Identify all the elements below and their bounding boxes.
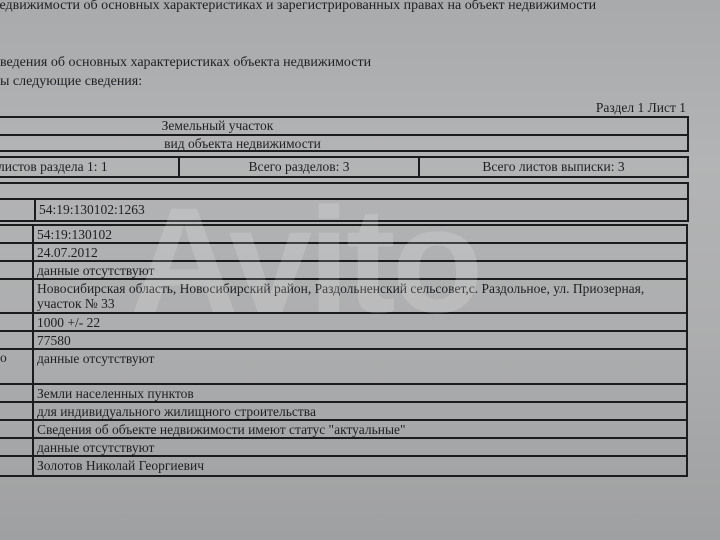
row-label [0,385,34,401]
cadastral-number-row: 54:19:130102:1263 [0,200,687,220]
cadastral-number-box: 54:19:130102:1263 [0,182,689,222]
row-label [0,314,34,330]
cadastral-number-label [0,200,36,220]
table-row: данные отсутствуют [0,262,686,280]
permitted-use: для индивидуального жилищного строительс… [34,403,686,419]
land-category: Земли населенных пунктов [34,385,686,401]
table-row: Сведения об объекте недвижимости имеют с… [0,421,686,439]
table-row: 54:19:130102 [0,226,686,244]
row-label: о [0,350,34,383]
row-label [0,439,34,455]
object-type-box: Земельный участок вид объекта недвижимос… [0,116,689,152]
table-row: 77580 [0,332,686,350]
table-row: для индивидуального жилищного строительс… [0,403,686,421]
table-row: 1000 +/- 22 [0,314,686,332]
cadastral-value: 77580 [34,332,686,348]
assignment-date: 24.07.2012 [34,244,686,260]
section-intro: ы следующие сведения: [0,74,142,90]
row-label [0,457,34,475]
row-label [0,262,34,278]
registrar-name: Золотов Николай Георгиевич [34,457,686,475]
sheet-label: Раздел 1 Лист 1 [596,100,686,116]
record-status: Сведения об объекте недвижимости имеют с… [34,421,686,437]
row-label [0,332,34,348]
table-row: Новосибирская область, Новосибирский рай… [0,280,686,314]
row-label [0,244,34,260]
table-row: о данные отсутствуют [0,350,686,385]
row-label [0,421,34,437]
address: Новосибирская область, Новосибирский рай… [34,280,686,312]
table-row: Золотов Николай Георгиевич [0,457,686,475]
related-objects: данные отсутствуют [34,350,686,383]
section-sheets-count: листов раздела 1: 1 [0,158,180,176]
total-extract-sheets-count: Всего листов выписки: 3 [420,158,687,176]
cadastral-spacer [0,184,687,200]
object-type-caption: вид объекта недвижимости [0,136,687,152]
table-row: данные отсутствуют [0,439,686,457]
area: 1000 +/- 22 [34,314,686,330]
document-header: недвижимости об основных характеристиках… [0,0,596,14]
row-label [0,403,34,419]
special-notes: данные отсутствуют [34,439,686,455]
cadastral-number-value: 54:19:130102:1263 [36,200,148,220]
table-row: 24.07.2012 [0,244,686,262]
row-label [0,226,34,242]
document-page: недвижимости об основных характеристиках… [0,0,720,540]
table-row: Земли населенных пунктов [0,385,686,403]
previous-number: данные отсутствуют [34,262,686,278]
row-label [0,280,34,312]
total-sections-count: Всего разделов: 3 [180,158,420,176]
sheet-counts-box: листов раздела 1: 1 Всего разделов: 3 Вс… [0,156,689,178]
object-type-value: Земельный участок [0,118,687,136]
section-title: ведения об основных характеристиках объе… [0,55,371,71]
cadastral-quarter: 54:19:130102 [34,226,686,242]
characteristics-table: 54:19:130102 24.07.2012 данные отсутству… [0,224,688,477]
